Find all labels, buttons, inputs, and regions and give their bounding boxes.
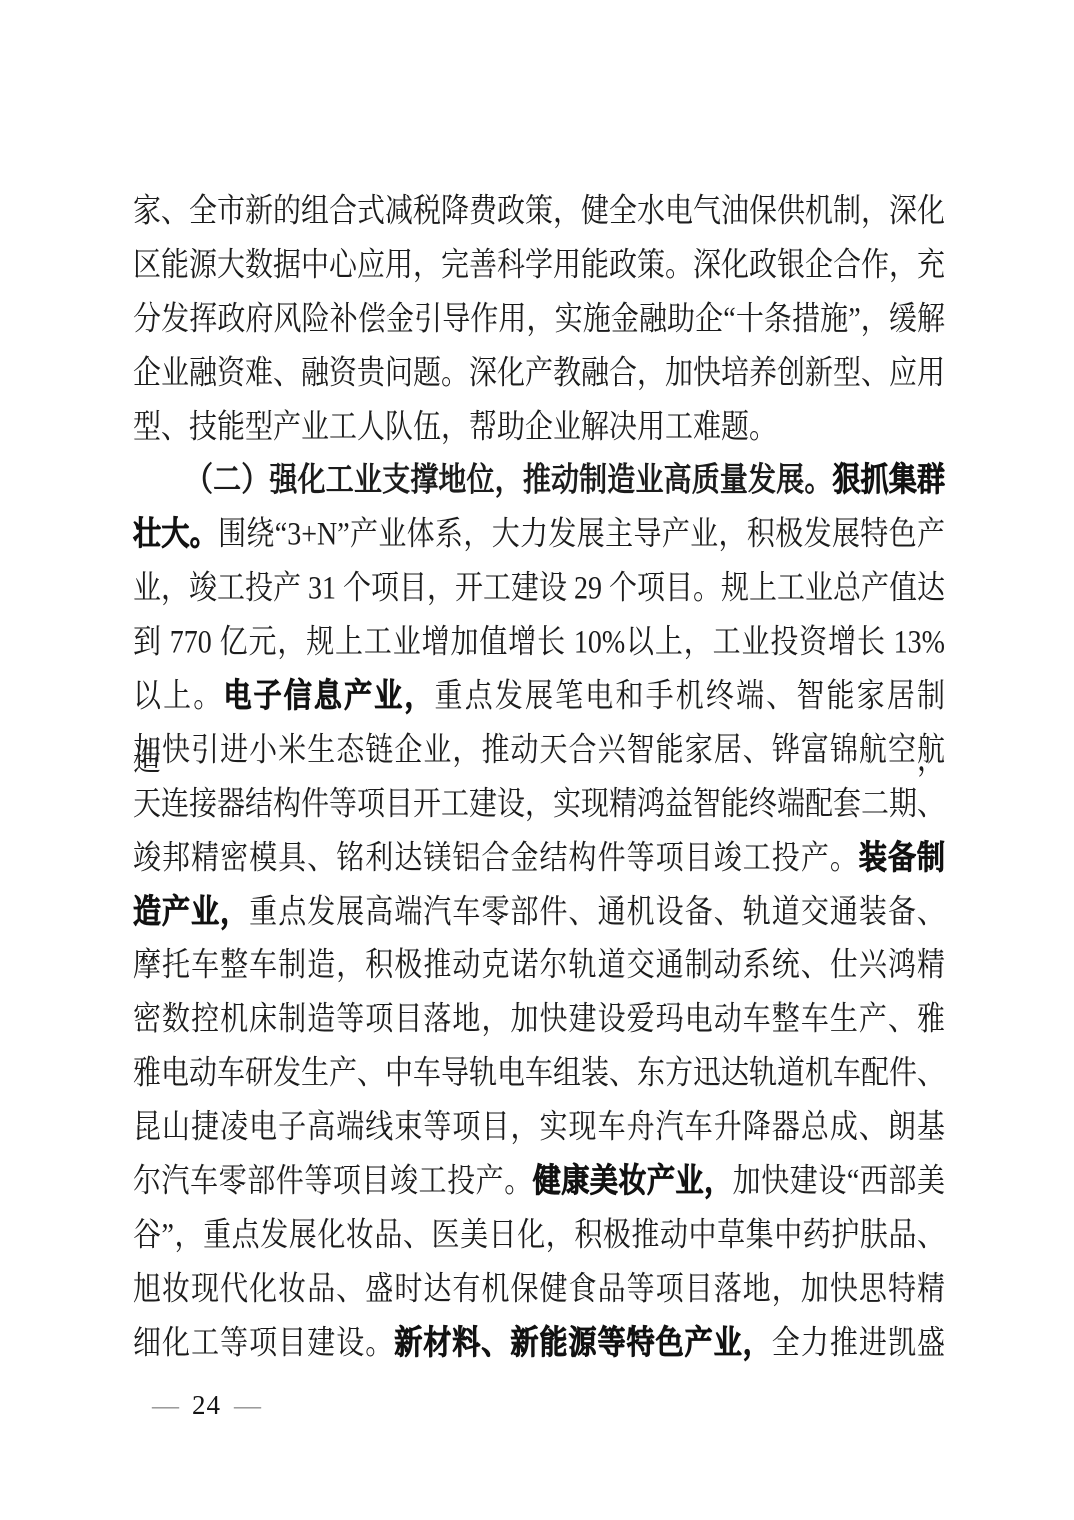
body-text-run: 密数控机床制造等项目落地，加快建设爱玛电动车整车生产、雅 bbox=[133, 1001, 945, 1038]
body-text-run: 分发挥政府风险补偿金引导作用，实施金融助企“十条措施”，缓解 bbox=[133, 301, 945, 338]
body-text-run: 天连接器结构件等项目开工建设，实现精鸿益智能终端配套二期、 bbox=[133, 786, 945, 823]
heading-text-run: （二）强化工业支撑地位，推动制造业高质量发展。 bbox=[185, 463, 833, 500]
emph-text-run: 装备制 bbox=[859, 840, 945, 877]
body-text-run: 昆山捷凌电子高端线束等项目，实现车舟汽车升降器总成、朗基 bbox=[133, 1109, 945, 1146]
body-text-run: 摩托车整车制造，积极推动克诺尔轨道交通制动系统、仕兴鸿精 bbox=[133, 948, 945, 985]
body-text-run: 围绕“3+N”产业体系，大力发展主导产业，积极发展特色产 bbox=[218, 516, 945, 553]
document-text: 家、全市新的组合式减税降费政策，健全水电气油保供机制，深化区能源大数据中心应用，… bbox=[133, 185, 945, 1371]
page-footer: — 24 — bbox=[152, 1390, 261, 1420]
text-line: 细化工等项目建设。新材料、新能源等特色产业，全力推进凯盛 bbox=[133, 1312, 945, 1376]
body-text-run: 尔汽车零部件等项目竣工投产。 bbox=[133, 1163, 533, 1200]
page-number: 24 bbox=[192, 1390, 221, 1420]
emph-text-run: 电子信息产业， bbox=[223, 678, 434, 715]
emph-text-run: 狠抓集群 bbox=[833, 463, 945, 500]
body-text-run: 区能源大数据中心应用，完善科学用能政策。深化政银企合作，充 bbox=[133, 247, 945, 284]
footer-dash-right: — bbox=[234, 1390, 261, 1420]
body-text-run: 细化工等项目建设。 bbox=[133, 1325, 394, 1362]
body-text-run: 以上。 bbox=[133, 678, 223, 715]
body-text-run: 到 770 亿元，规上工业增加值增长 10%以上，工业投资增长 13% bbox=[133, 624, 945, 661]
document-page: 家、全市新的组合式减税降费政策，健全水电气油保供机制，深化区能源大数据中心应用，… bbox=[0, 0, 1074, 1520]
body-text-run: 加快引进小米生态链企业，推动天合兴智能家居、铧富锦航空航 bbox=[133, 732, 945, 769]
body-text-run: 竣邦精密模具、铭利达镁铝合金结构件等项目竣工投产。 bbox=[133, 840, 859, 877]
body-text-run: 全力推进凯盛 bbox=[772, 1325, 945, 1362]
body-text-run: 企业融资难、融资贵问题。深化产教融合，加快培养创新型、应用 bbox=[133, 355, 945, 392]
footer-dash-left: — bbox=[152, 1390, 179, 1420]
emph-text-run: 壮大。 bbox=[133, 516, 218, 553]
body-text-run: 型、技能型产业工人队伍，帮助企业解决用工难题。 bbox=[133, 409, 777, 446]
body-text-run: 加快建设“西部美 bbox=[733, 1163, 945, 1200]
body-text-run: 业，竣工投产 31 个项目，开工建设 29 个项目。规上工业总产值达 bbox=[133, 570, 945, 607]
body-text-run: 谷”，重点发展化妆品、医美日化，积极推动中草集中药护肤品、 bbox=[133, 1217, 945, 1254]
body-text-run: 旭妆现代化妆品、盛时达有机保健食品等项目落地，加快思特精 bbox=[133, 1271, 945, 1308]
emph-text-run: 健康美妆产业， bbox=[533, 1163, 733, 1200]
body-text-run: 家、全市新的组合式减税降费政策，健全水电气油保供机制，深化 bbox=[133, 193, 945, 230]
emph-text-run: 新材料、新能源等特色产业， bbox=[394, 1325, 771, 1362]
body-text-run: 重点发展高端汽车零部件、通机设备、轨道交通装备、 bbox=[249, 894, 945, 931]
body-text-run: 雅电动车研发生产、中车导轨电车组装、东方迅达轨道机车配件、 bbox=[133, 1055, 945, 1092]
emph-text-run: 造产业， bbox=[133, 894, 249, 931]
